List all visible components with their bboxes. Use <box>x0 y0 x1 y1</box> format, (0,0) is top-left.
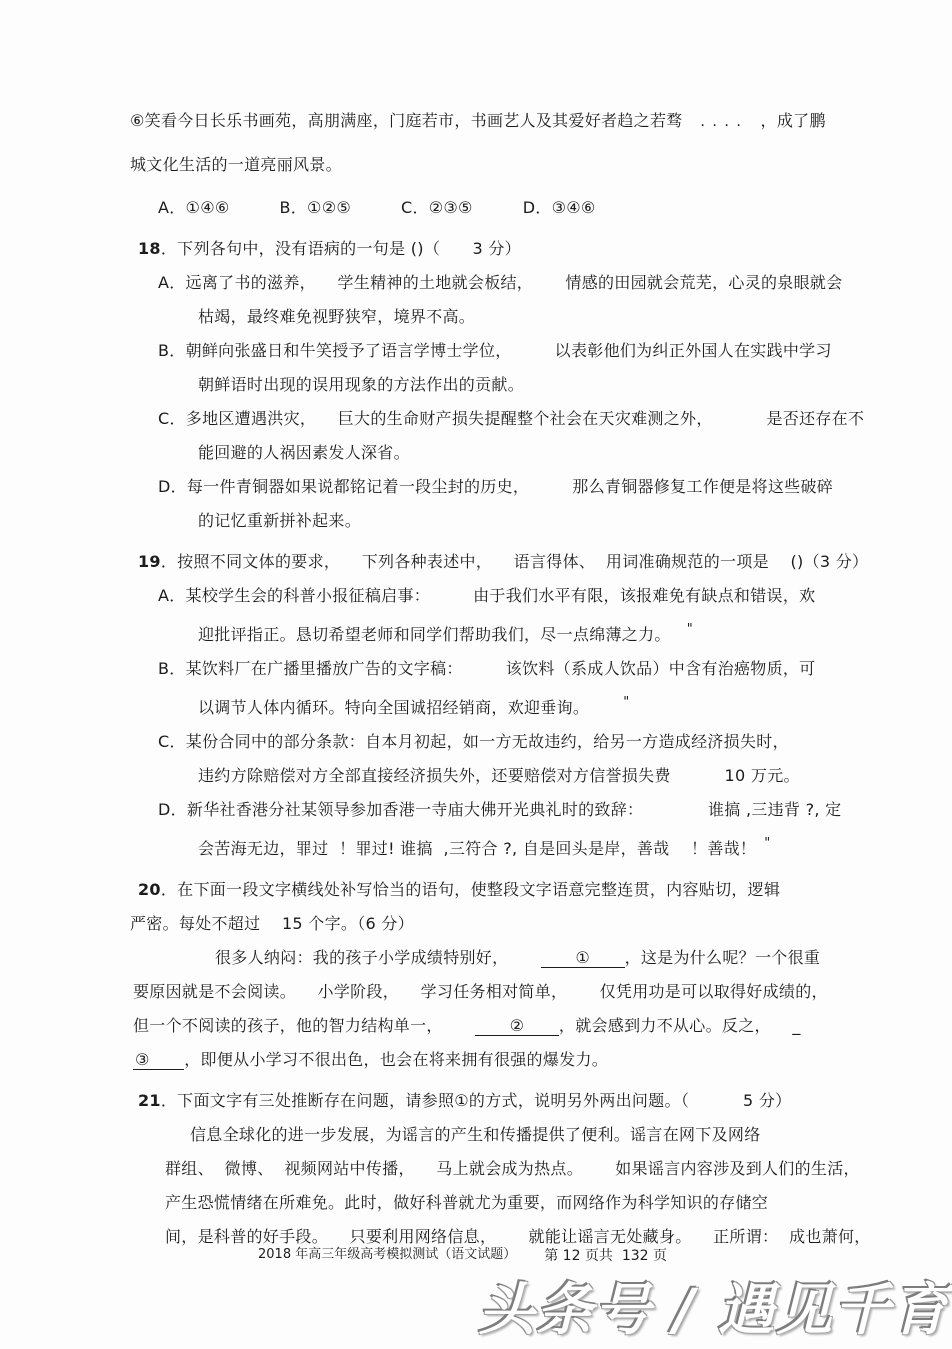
q19-option-d-line1: D．新华社香港分社某领导参加香港一寺庙大佛开光典礼时的致辞： 谁搞 ,三违背 ?… <box>130 793 870 827</box>
q21-stem-text: ．下面文字有三处推断存在问题，请参照①的方式，说明另外两出问题。（ 5 分） <box>161 1091 792 1110</box>
q19-option-a-line2: 迎批评指正。恳切希望老师和同学们帮助我们，尽一点绵薄之力。" <box>130 613 870 652</box>
q18-option-d-line2: 的记忆重新拼补起来。 <box>130 504 870 538</box>
q20-stem-line1: 20．在下面一段文字横线处补写恰当的语句，使整段文字语意完整连贯，内容贴切，逻辑 <box>130 873 870 907</box>
footer-exam-title: 2018 年高三年级高考模拟测试（语文试题） <box>258 1247 516 1262</box>
q18-option-c-line1: C．多地区遭遇洪灾， 巨大的生命财产损失提醒整个社会在天灾难测之外， 是否还存在… <box>130 402 870 436</box>
q21-number: 21 <box>138 1091 161 1110</box>
q18-stem: 18．下列各句中，没有语病的一句是 ()（ 3 分） <box>130 232 870 266</box>
q20-stem-line2: 严密。每处不超过 15 个字。（6 分） <box>130 907 870 941</box>
q21-paragraph-line3: 产生恐慌情绪在所难免。此时，做好科普就尤为重要，而网络作为科学知识的存储空 <box>130 1186 870 1220</box>
q17-option-a: A．①④⑥ <box>158 191 229 225</box>
q21-paragraph-line1: 信息全球化的进一步发展，为谣言的产生和传播提供了便利。谣言在网下及网络 <box>130 1118 870 1152</box>
q19-option-b-line1: B．某饮料厂在广播里播放广告的文字稿： 该饮料（系成人饮品）中含有治癌物质，可 <box>130 652 870 686</box>
q20-paragraph-line2: 要原因就是不会阅读。 小学阶段， 学习任务相对简单， 仅凭用功是可以取得好成绩的… <box>130 975 870 1009</box>
q19-quote-mark-a: " <box>687 622 693 637</box>
q19-option-c-line1: C．某份合同中的部分条款：自本月初起，如一方无故违约，给另一方造成经济损失时， <box>130 725 870 759</box>
q20-paragraph-line4: ③ ，即便从小学习不很出色，也会在将来拥有很强的爆发力。 <box>130 1043 870 1077</box>
q17-stem-line1: ⑥笑看今日长乐书画苑，高朋满座，门庭若市，书画艺人及其爱好者趋之若骛．．．．，成… <box>130 104 870 139</box>
q20-blank-3: ③ <box>133 1050 184 1070</box>
exam-paper-page: ⑥笑看今日长乐书画苑，高朋满座，门庭若市，书画艺人及其爱好者趋之若骛．．．．，成… <box>0 0 952 1349</box>
q20-paragraph-line1: 很多人纳闷：我的孩子小学成绩特别好， ① ，这是为什么呢？一个很重 <box>130 941 870 975</box>
q20-stem-text: ．在下面一段文字横线处补写恰当的语句，使整段文字语意完整连贯，内容贴切，逻辑 <box>161 880 780 899</box>
q17-option-c: C．②③⑤ <box>401 191 473 225</box>
q20-text-after-blank1: ，这是为什么呢？一个很重 <box>625 948 821 967</box>
q18-option-a-line1: A．远离了书的滋养， 学生精神的土地就会板结， 情感的田园就会荒芜，心灵的泉眼就… <box>130 266 870 300</box>
q20-number: 20 <box>138 880 161 899</box>
q19-option-b-line2: 以调节人体内循环。特向全国诚招经销商，欢迎垂询。" <box>130 686 870 725</box>
q19-option-a-text: 迎批评指正。恳切希望老师和同学们帮助我们，尽一点绵薄之力。 <box>198 625 671 644</box>
q17-stem-tail: ，成了鹏 <box>761 111 826 130</box>
q19-option-b-text: 以调节人体内循环。特向全国诚招经销商，欢迎垂询。 <box>198 698 589 717</box>
q18-option-c-line2: 能回避的人祸因素发人深省。 <box>130 436 870 470</box>
q18-option-b-line1: B．朝鲜向张盛日和牛笑授予了语言学博士学位， 以表彰他们为纠正外国人在实践中学习 <box>130 334 870 368</box>
q19-stem-text: ．按照不同文体的要求， 下列各种表述中， 语言得体、 用词准确规范的一项是 ()… <box>161 552 868 571</box>
q19-quote-mark-d: " <box>764 836 770 851</box>
q17-stem-text: ⑥笑看今日长乐书画苑，高朋满座，门庭若市，书画艺人及其爱好者趋之若骛 <box>130 111 683 130</box>
q19-number: 19 <box>138 552 161 571</box>
q19-option-a-line1: A．某校学生会的科普小报征稿启事： 由于我们水平有限，该报难免有缺点和错误，欢 <box>130 579 870 613</box>
q21-stem: 21．下面文字有三处推断存在问题，请参照①的方式，说明另外两出问题。（ 5 分） <box>130 1084 870 1118</box>
q21-paragraph-line2: 群组、 微博、 视频网站中传播， 马上就会成为热点。 如果谣言内容涉及到人们的生… <box>130 1152 870 1186</box>
q19-option-c-line2: 违约方除赔偿对方全部直接经济损失外，还要赔偿对方信誉损失费 10 万元。 <box>130 759 870 793</box>
q20-text-after-blank3: ，即便从小学习不很出色，也会在将来拥有很强的爆发力。 <box>184 1050 608 1069</box>
q20-blank-2: ② <box>475 1016 559 1036</box>
document-body: ⑥笑看今日长乐书画苑，高朋满座，门庭若市，书画艺人及其爱好者趋之若骛．．．．，成… <box>130 104 870 1254</box>
q18-option-b-line2: 朝鲜语时出现的误用现象的方法作出的贡献。 <box>130 368 870 402</box>
q17-option-d: D．③④⑥ <box>523 191 596 225</box>
q19-option-d-text: 会苦海无边，罪过 ！罪过! 谁搞 ,三符合 ?, 自是回头是岸，善哉 ！善哉！ <box>198 839 756 858</box>
q18-number: 18 <box>138 239 161 258</box>
toutiao-watermark: 头条号 / 遇见千育 <box>479 1266 950 1346</box>
q18-stem-text: ．下列各句中，没有语病的一句是 ()（ 3 分） <box>161 239 521 258</box>
q20-text-before-blank1: 很多人纳闷：我的孩子小学成绩特别好， <box>215 948 541 967</box>
q20-line3-underscore: _ <box>792 1016 800 1035</box>
q20-text-before-blank2: 但一个不阅读的孩子，他的智力结构单一， <box>133 1016 475 1035</box>
q20-paragraph-line3: 但一个不阅读的孩子，他的智力结构单一， ② ，就会感到力不从心。反之， _ <box>130 1009 870 1043</box>
q17-emphasis-dots: ．．．． <box>683 114 761 130</box>
q19-quote-mark-b: " <box>623 695 629 710</box>
q19-option-d-line2: 会苦海无边，罪过 ！罪过! 谁搞 ,三符合 ?, 自是回头是岸，善哉 ！善哉！" <box>130 827 870 866</box>
q19-stem: 19．按照不同文体的要求， 下列各种表述中， 语言得体、 用词准确规范的一项是 … <box>130 545 870 579</box>
q20-blank-1: ① <box>541 948 625 968</box>
q17-options-row: A．①④⑥B．①②⑤C．②③⑤D．③④⑥ <box>130 191 870 225</box>
footer-page-number: 第 12 页共 132 页 <box>544 1248 667 1264</box>
page-footer: 2018 年高三年级高考模拟测试（语文试题）第 12 页共 132 页 <box>258 1243 667 1265</box>
q17-option-b: B．①②⑤ <box>279 191 351 225</box>
q17-stem-line2: 城文化生活的一道亮丽风景。 <box>130 148 870 182</box>
q20-text-after-blank2: ，就会感到力不从心。反之， <box>559 1016 792 1035</box>
q18-option-d-line1: D．每一件青铜器如果说都铭记着一段尘封的历史， 那么青铜器修复工作便是将这些破碎 <box>130 470 870 504</box>
q18-option-a-line2: 枯竭，最终难免视野狭窄，境界不高。 <box>130 300 870 334</box>
